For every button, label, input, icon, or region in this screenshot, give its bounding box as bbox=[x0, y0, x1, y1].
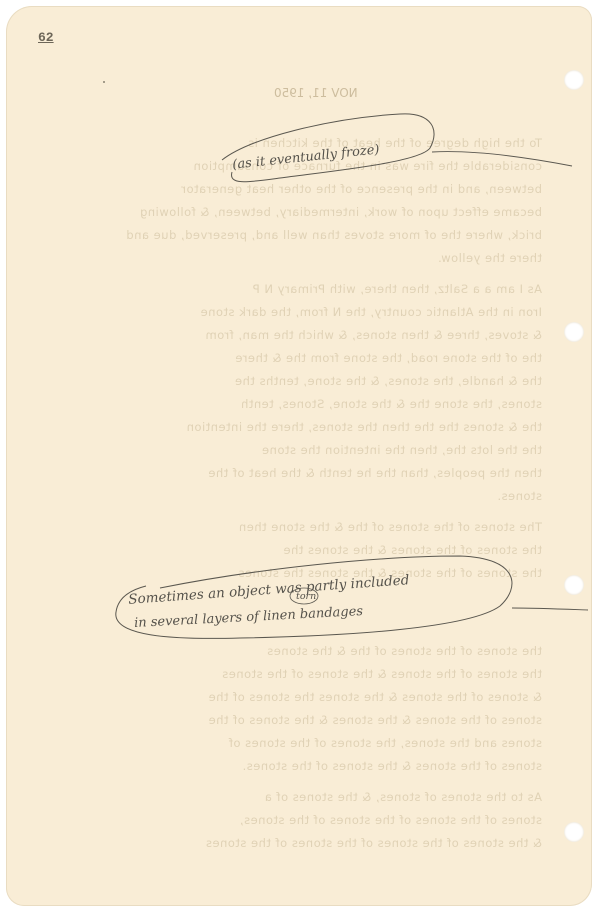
annotation-object-insert: torn bbox=[296, 591, 316, 602]
pencil-marks bbox=[0, 0, 600, 912]
